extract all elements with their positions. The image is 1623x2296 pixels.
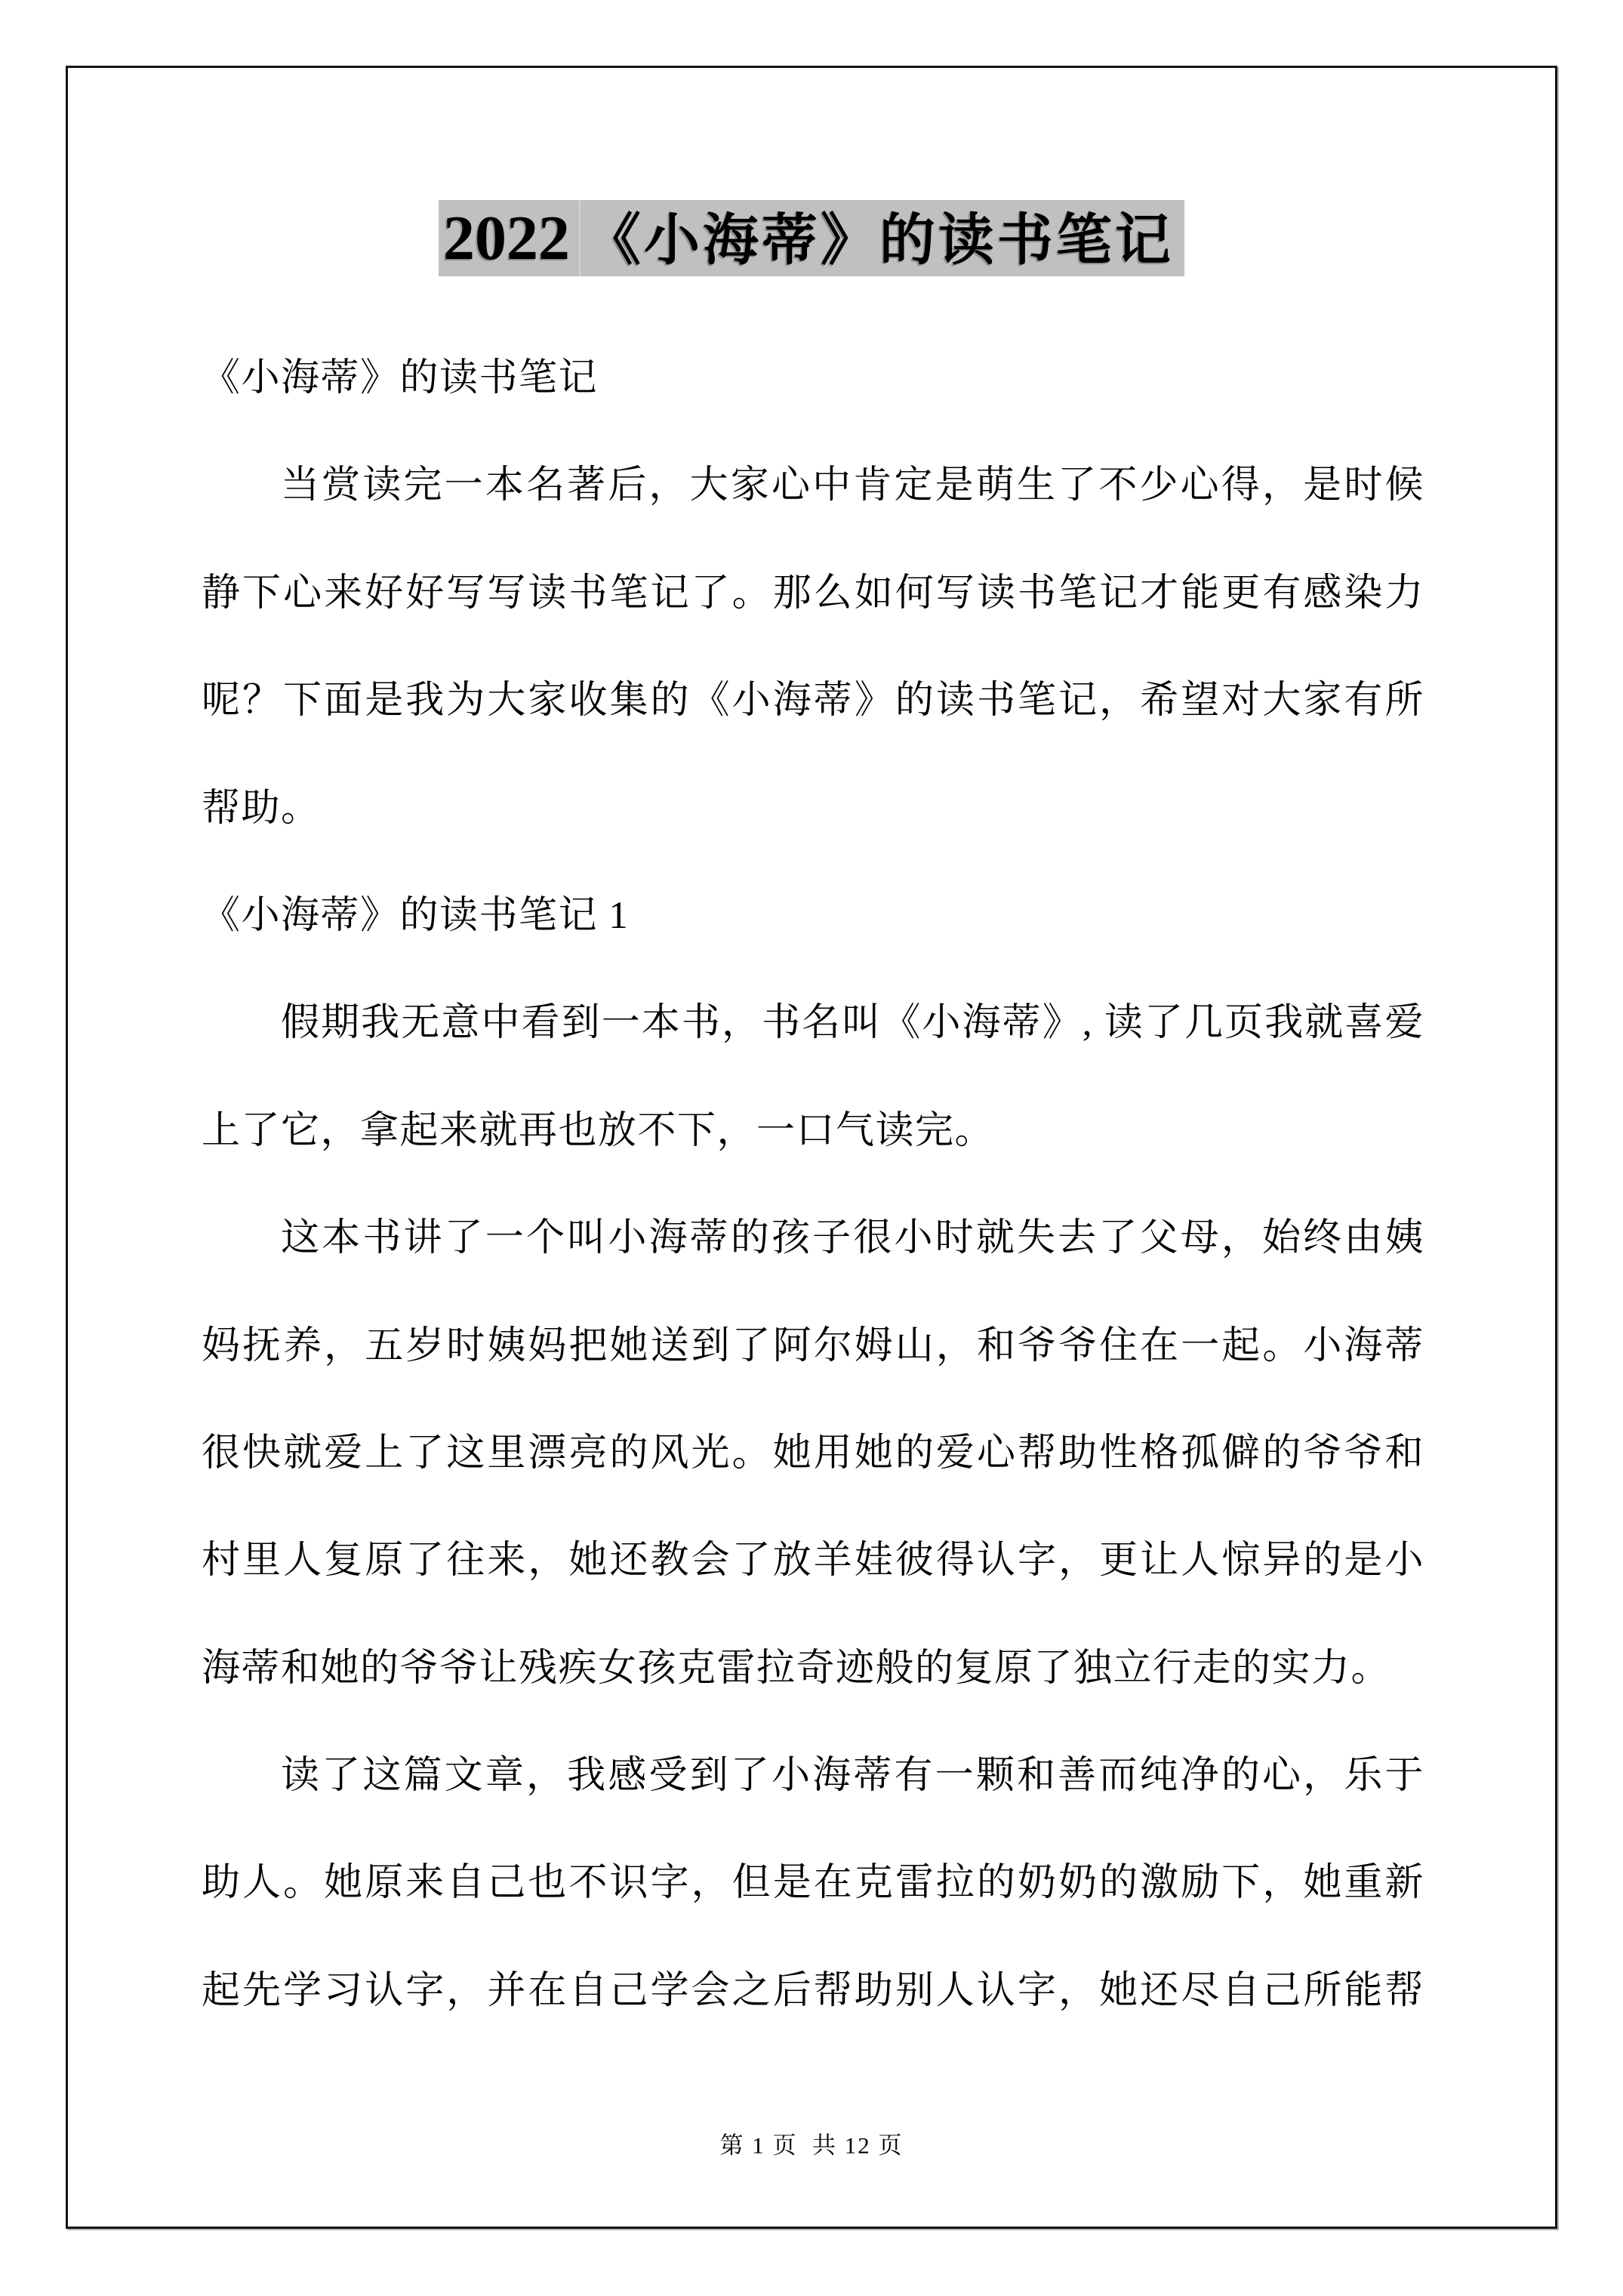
body-line: 呢？下面是我为大家收集的《小海蒂》的读书笔记，希望对大家有所 <box>202 647 1424 754</box>
body-line: 这本书讲了一个叫小海蒂的孩子很小时就失去了父母，始终由姨 <box>202 1185 1424 1292</box>
body-text: 《小海蒂》的读书笔记当赏读完一本名著后，大家心中肯定是萌生了不少心得，是时候静下… <box>202 325 1424 2045</box>
body-line: 帮助。 <box>202 755 1424 862</box>
body-line: 村里人复原了往来，她还教会了放羊娃彼得认字，更让人惊异的是小 <box>202 1507 1424 1614</box>
body-line: 很快就爱上了这里漂亮的风光。她用她的爱心帮助性格孤僻的爷爷和 <box>202 1400 1424 1507</box>
body-line: 助人。她原来自己也不识字，但是在克雷拉的奶奶的激励下，她重新 <box>202 1829 1424 1937</box>
body-line: 起先学习认字，并在自己学会之后帮助别人认字，她还尽自己所能帮 <box>202 1937 1424 2045</box>
document-title-row: 2022 《小海蒂》的读书笔记 <box>0 200 1623 276</box>
body-line: 《小海蒂》的读书笔记 <box>202 325 1424 432</box>
page-footer: 第 1 页 共 12 页 <box>0 2129 1623 2162</box>
body-line: 海蒂和她的爷爷让残疾女孩克雷拉奇迹般的复原了独立行走的实力。 <box>202 1615 1424 1722</box>
body-line: 当赏读完一本名著后，大家心中肯定是萌生了不少心得，是时候 <box>202 432 1424 539</box>
title-year: 2022 <box>443 200 570 276</box>
title-text: 《小海蒂》的读书笔记 <box>585 203 1174 279</box>
title-highlight: 2022 《小海蒂》的读书笔记 <box>439 200 1184 276</box>
body-line: 上了它，拿起来就再也放不下，一口气读完。 <box>202 1077 1424 1185</box>
body-line: 读了这篇文章，我感受到了小海蒂有一颗和善而纯净的心，乐于 <box>202 1722 1424 1829</box>
title-highlight-seam <box>579 200 581 276</box>
body-line: 假期我无意中看到一本书，书名叫《小海蒂》, 读了几页我就喜爱 <box>202 969 1424 1077</box>
body-line: 妈抚养，五岁时姨妈把她送到了阿尔姆山，和爷爷住在一起。小海蒂 <box>202 1293 1424 1400</box>
body-line: 《小海蒂》的读书笔记 1 <box>202 862 1424 969</box>
body-line: 静下心来好好写写读书笔记了。那么如何写读书笔记才能更有感染力 <box>202 540 1424 647</box>
